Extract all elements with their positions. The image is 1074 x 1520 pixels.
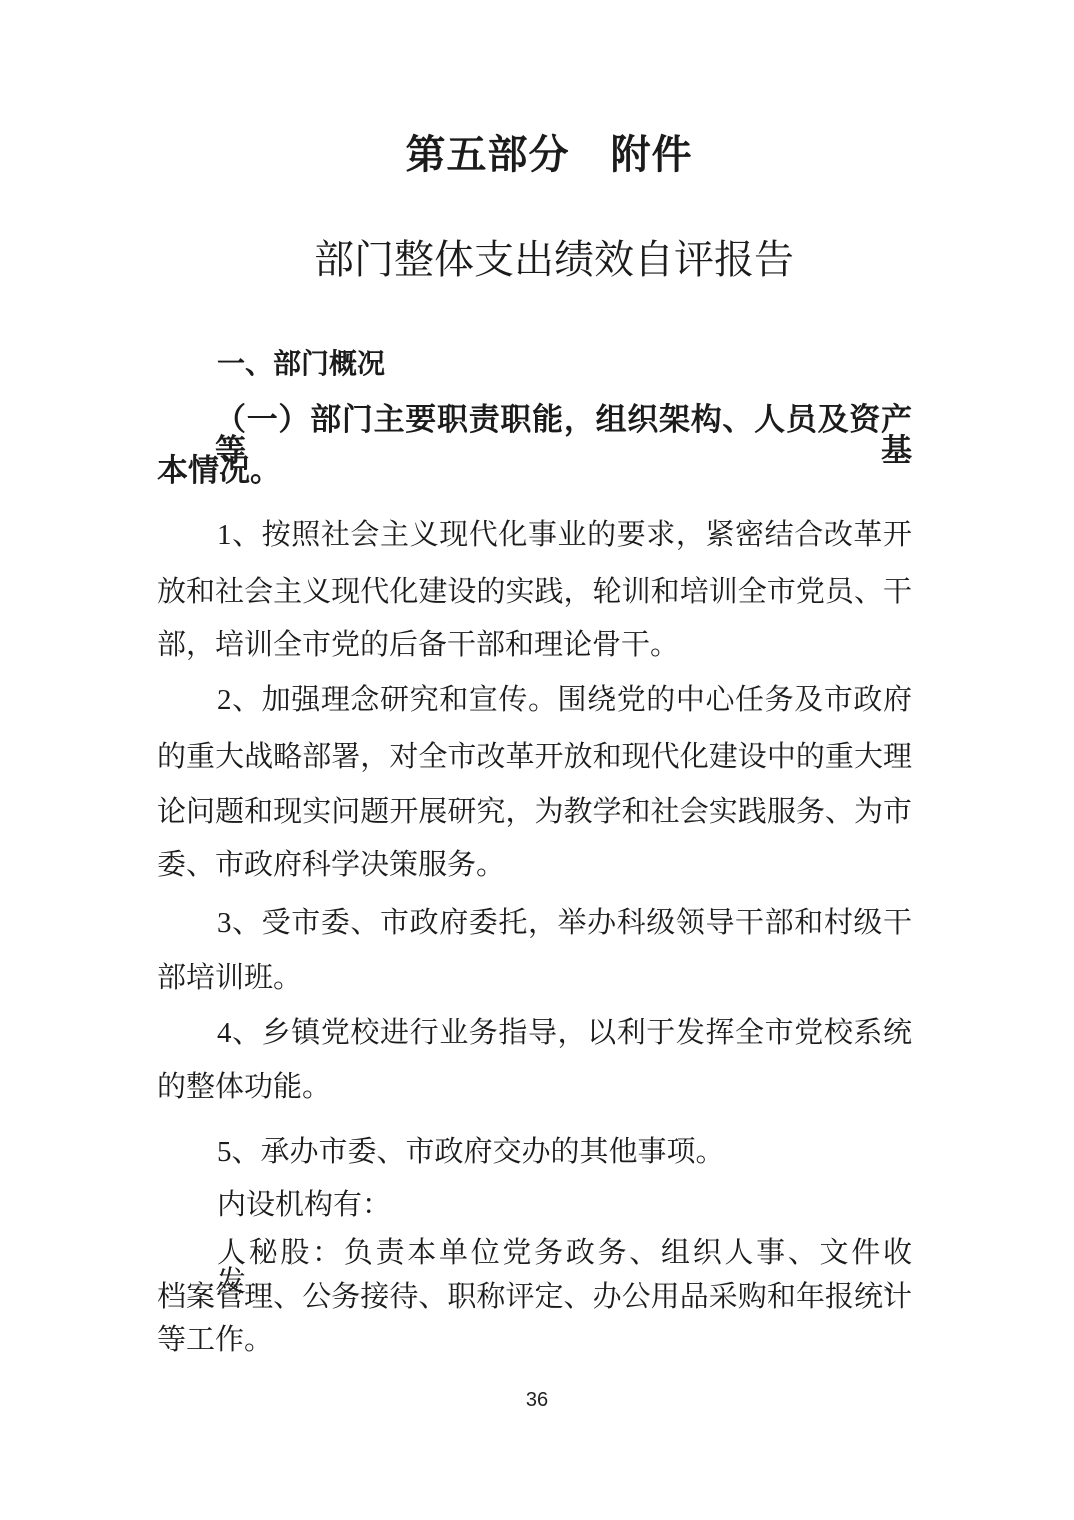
paragraph-line: 论问题和现实问题开展研究，为教学和社会实践服务、为市 xyxy=(157,798,912,827)
paragraph-line: 放和社会主义现代化建设的实践，轮训和培训全市党员、干 xyxy=(157,578,912,607)
paragraph-line: 档案管理、公务接待、职称评定、办公用品采购和年报统计 xyxy=(157,1283,912,1312)
paragraph-line: 部培训班。 xyxy=(157,964,912,993)
section-heading: 一、部门概况 xyxy=(157,350,912,378)
document-part-title: 第五部分 附件 xyxy=(0,135,1074,175)
paragraph-line: 3、受市委、市政府委托，举办科级领导干部和村级干 xyxy=(157,909,912,938)
paragraph-line: 内设机构有： xyxy=(157,1191,912,1220)
paragraph-line: 5、承办市委、市政府交办的其他事项。 xyxy=(157,1138,912,1167)
paragraph-line: 4、乡镇党校进行业务指导，以利于发挥全市党校系统 xyxy=(157,1019,912,1048)
paragraph-line: 委、市政府科学决策服务。 xyxy=(157,851,912,880)
paragraph-line: 1、按照社会主义现代化事业的要求，紧密结合改革开 xyxy=(157,521,912,550)
paragraph-line: 部，培训全市党的后备干部和理论骨干。 xyxy=(157,631,912,660)
paragraph-line: 等工作。 xyxy=(157,1326,912,1355)
sub-section-heading-line: 本情况。 xyxy=(157,455,912,486)
report-title: 部门整体支出绩效自评报告 xyxy=(0,240,1074,280)
paragraph-line: 的整体功能。 xyxy=(157,1073,912,1102)
paragraph-line: 2、加强理念研究和宣传。围绕党的中心任务及市政府 xyxy=(157,686,912,715)
paragraph-line: 的重大战略部署，对全市改革开放和现代化建设中的重大理 xyxy=(157,743,912,772)
document-page: 第五部分 附件 部门整体支出绩效自评报告 一、部门概况 （一）部门主要职责职能，… xyxy=(0,0,1074,1520)
page-number: 36 xyxy=(0,1390,1074,1410)
